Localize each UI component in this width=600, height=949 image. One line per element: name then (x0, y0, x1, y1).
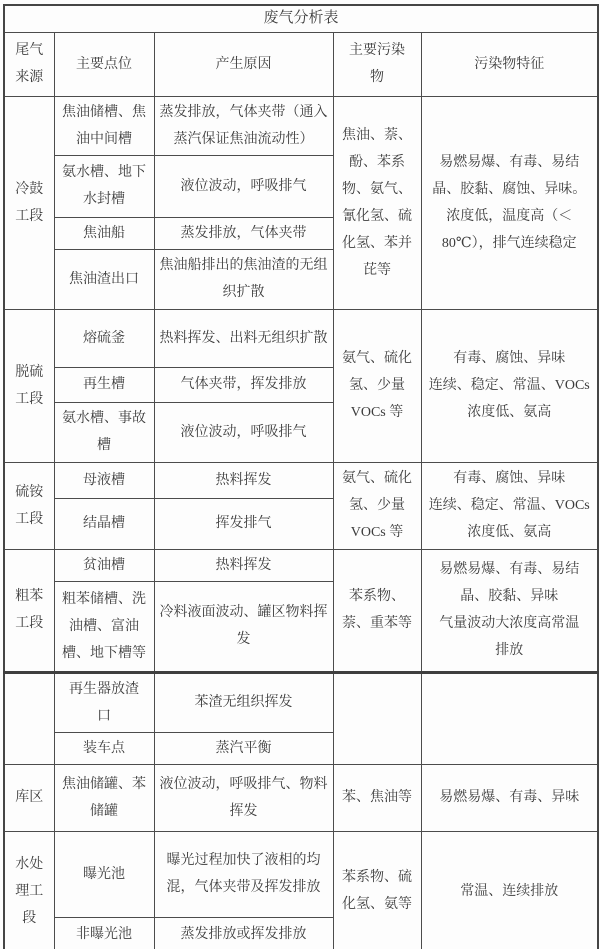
lenggu-point-2: 焦油船 (54, 217, 154, 249)
cuben-cause-1: 冷料液面波动、罐区物料挥发 (154, 581, 333, 672)
tuoliu-point-1: 再生槽 (54, 367, 154, 402)
table-row: 硫铵工段 母液槽 热料挥发 氨气、硫化氢、少量 VOCs 等 有毒、腐蚀、异味 … (4, 462, 598, 498)
header-pollutants: 主要污染 物 (333, 32, 421, 96)
cuben-point-1: 粗苯储槽、洗油槽、富油槽、地下槽等 (54, 581, 154, 672)
liuan-cause-0: 热料挥发 (154, 462, 333, 498)
header-point: 主要点位 (54, 32, 154, 96)
lenggu-point-0: 焦油储槽、焦油中间槽 (54, 96, 154, 155)
table-row: 脱硫工段 熔硫釜 热料挥发、出料无组织扩散 氨气、硫化氢、少量 VOCs 等 有… (4, 309, 598, 367)
table-title: 废气分析表 (4, 5, 598, 32)
lenggu-cause-3: 焦油船排出的焦油渣的无组织扩散 (154, 249, 333, 309)
lenggu-pollutants: 焦油、萘、酚、苯系物、氨气、氰化氢、硫化氢、苯并芘等 (333, 96, 421, 309)
tuoliu-cause-2: 液位波动，呼吸排气 (154, 402, 333, 462)
cuben-cause-0: 热料挥发 (154, 549, 333, 581)
cuben-cont-point-0: 再生器放渣 口 (54, 672, 154, 732)
kuqu-section-label: 库区 (4, 764, 54, 831)
tuoliu-pollutants: 氨气、硫化氢、少量 VOCs 等 (333, 309, 421, 462)
table-title-row: 废气分析表 (4, 5, 598, 32)
liuan-pollutants: 氨气、硫化氢、少量 VOCs 等 (333, 462, 421, 549)
lenggu-features: 易燃易爆、有毒、易结晶、胶黏、腐蚀、异味。 浓度低，温度高（＜80℃），排气连续… (421, 96, 598, 309)
tuoliu-point-0: 熔硫釜 (54, 309, 154, 367)
lenggu-section-label: 冷鼓工段 (4, 96, 54, 309)
shuichuli-section-label: 水处理工段 (4, 831, 54, 949)
cuben-cont-cause-0: 苯渣无组织挥发 (154, 672, 333, 732)
liuan-section-label: 硫铵工段 (4, 462, 54, 549)
liuan-point-0: 母液槽 (54, 462, 154, 498)
table-row: 粗苯工段 贫油槽 热料挥发 苯系物、萘、重苯等 易燃易爆、有毒、易结晶、胶黏、异… (4, 549, 598, 581)
tuoliu-point-2: 氨水槽、事故槽 (54, 402, 154, 462)
kuqu-point-0: 焦油储罐、苯储罐 (54, 764, 154, 831)
shuichuli-cause-0: 曝光过程加快了液相的均混，气体夹带及挥发排放 (154, 831, 333, 917)
waste-gas-analysis-table: 废气分析表 尾气来源 主要点位 产生原因 主要污染 物 污染物特征 冷鼓工段 焦… (3, 4, 599, 949)
tuoliu-section-label: 脱硫工段 (4, 309, 54, 462)
cuben-cont-point-1: 装车点 (54, 732, 154, 764)
cuben-features: 易燃易爆、有毒、易结晶、胶黏、异味 气量波动大浓度高常温 排放 (421, 549, 598, 672)
lenggu-point-1: 氨水槽、地下水封槽 (54, 155, 154, 217)
header-source: 尾气来源 (4, 32, 54, 96)
cuben-pollutants: 苯系物、萘、重苯等 (333, 549, 421, 672)
liuan-point-1: 结晶槽 (54, 498, 154, 549)
header-features: 污染物特征 (421, 32, 598, 96)
tuoliu-cause-1: 气体夹带，挥发排放 (154, 367, 333, 402)
table-row: 库区 焦油储罐、苯储罐 液位波动，呼吸排气、物料挥发 苯、焦油等 易燃易爆、有毒… (4, 764, 598, 831)
cuben-cont-features (421, 672, 598, 764)
cuben-cont-pollutants (333, 672, 421, 764)
kuqu-cause-0: 液位波动，呼吸排气、物料挥发 (154, 764, 333, 831)
shuichuli-point-1: 非曝光池 (54, 917, 154, 949)
document-page: 废气分析表 尾气来源 主要点位 产生原因 主要污染 物 污染物特征 冷鼓工段 焦… (0, 0, 600, 949)
lenggu-cause-1: 液位波动，呼吸排气 (154, 155, 333, 217)
liuan-cause-1: 挥发排气 (154, 498, 333, 549)
table-row: 再生器放渣 口 苯渣无组织挥发 (4, 672, 598, 732)
lenggu-cause-0: 蒸发排放，气体夹带（通入蒸汽保证焦油流动性） (154, 96, 333, 155)
cuben-cont-cause-1: 蒸汽平衡 (154, 732, 333, 764)
lenggu-point-3: 焦油渣出口 (54, 249, 154, 309)
cuben-point-0: 贫油槽 (54, 549, 154, 581)
liuan-features: 有毒、腐蚀、异味 连续、稳定、常温、VOCs 浓度低、氨高 (421, 462, 598, 549)
tuoliu-cause-0: 热料挥发、出料无组织扩散 (154, 309, 333, 367)
shuichuli-point-0: 曝光池 (54, 831, 154, 917)
table-row: 冷鼓工段 焦油储槽、焦油中间槽 蒸发排放，气体夹带（通入蒸汽保证焦油流动性） 焦… (4, 96, 598, 155)
shuichuli-features: 常温、连续排放 (421, 831, 598, 949)
kuqu-pollutants: 苯、焦油等 (333, 764, 421, 831)
header-cause: 产生原因 (154, 32, 333, 96)
kuqu-features: 易燃易爆、有毒、异味 (421, 764, 598, 831)
cuben-section-label: 粗苯工段 (4, 549, 54, 672)
table-row: 水处理工段 曝光池 曝光过程加快了液相的均混，气体夹带及挥发排放 苯系物、硫化氢… (4, 831, 598, 917)
cuben-cont-source-cell (4, 672, 54, 764)
shuichuli-cause-1: 蒸发排放或挥发排放 (154, 917, 333, 949)
header-row: 尾气来源 主要点位 产生原因 主要污染 物 污染物特征 (4, 32, 598, 96)
tuoliu-features: 有毒、腐蚀、异味 连续、稳定、常温、VOCs 浓度低、氨高 (421, 309, 598, 462)
lenggu-cause-2: 蒸发排放，气体夹带 (154, 217, 333, 249)
shuichuli-pollutants: 苯系物、硫化氢、氨等 (333, 831, 421, 949)
